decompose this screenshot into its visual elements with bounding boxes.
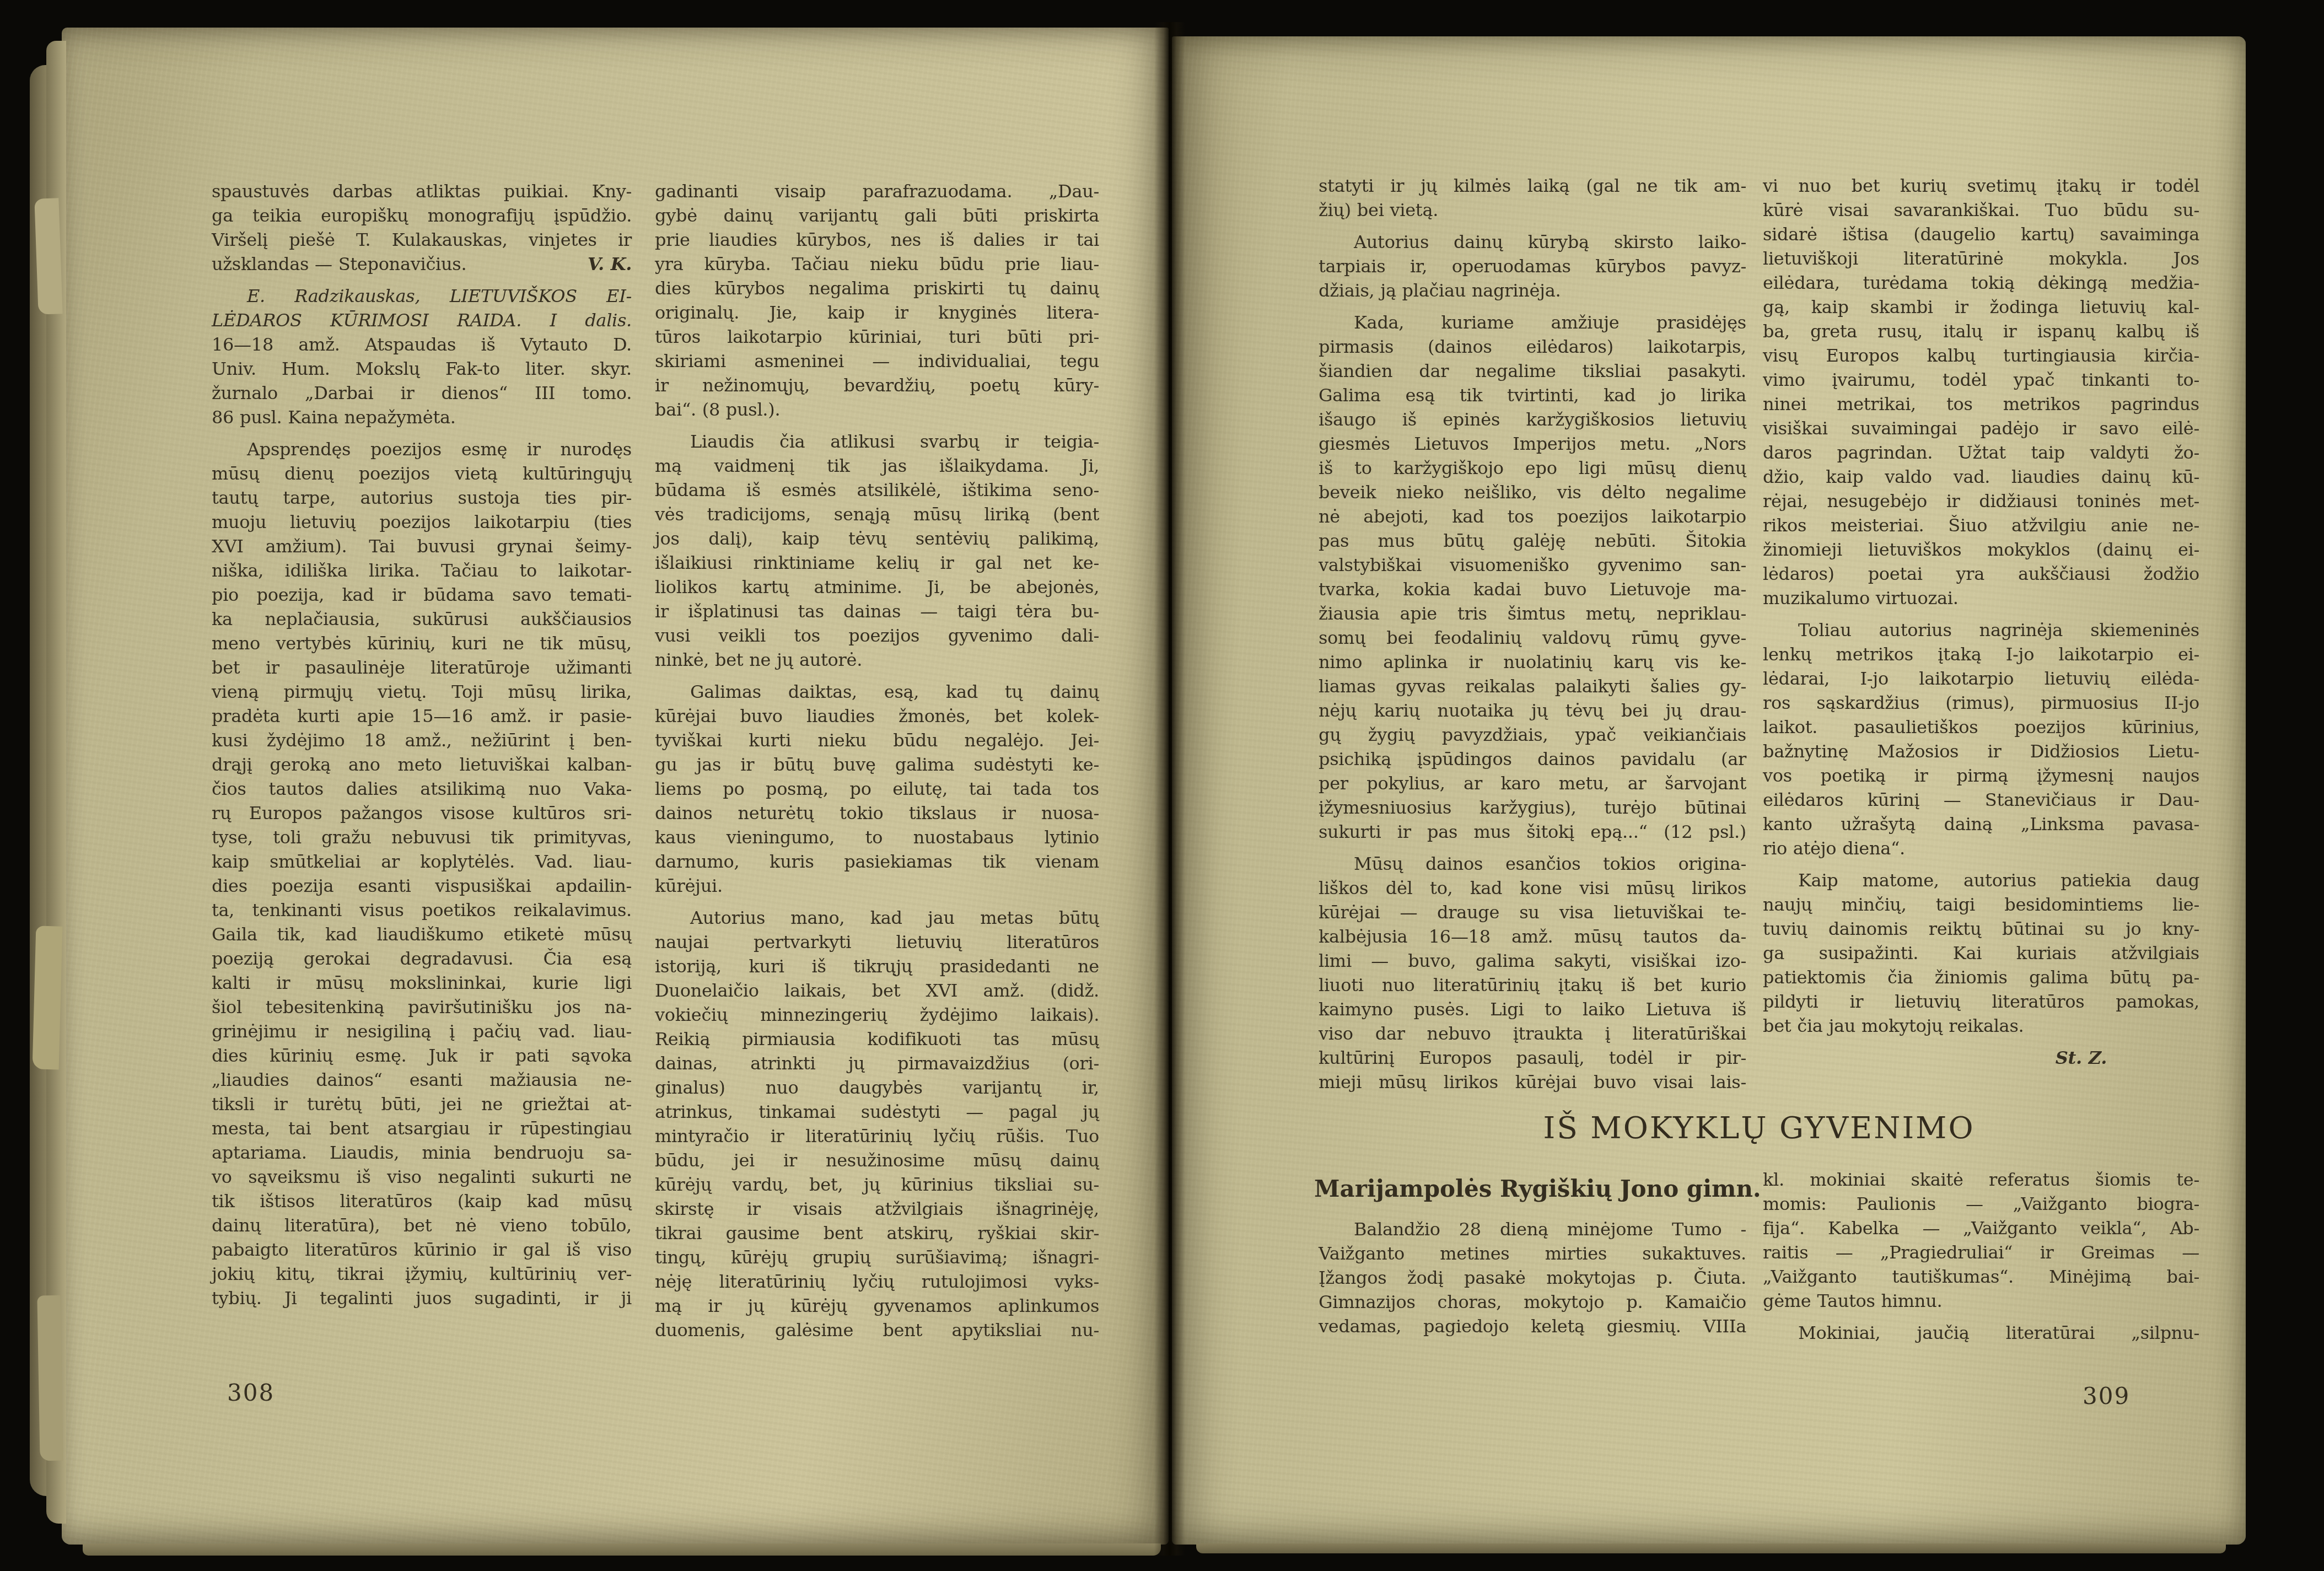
text-line: raitis — „Pragiedruliai“ ir Greimas — xyxy=(1763,1240,2199,1265)
text-line: šiol tebesitenkiną paviršutinišku jos na… xyxy=(212,995,632,1019)
text-line: grinėjimu ir nesigiliną į pačių vad. lia… xyxy=(212,1019,632,1043)
text-line: čios tautos dalies atsilikimą nuo Vaka- xyxy=(212,777,632,801)
text-line: Galimas daiktas, esą, kad tų dainų xyxy=(655,680,1099,704)
text-line: pildyti ir lietuvių literatūros pamokas, xyxy=(1763,989,2199,1014)
text-line: Apsprendęs poezijos esmę ir nurodęs xyxy=(212,437,632,461)
text-line: sukurti ir pas mus šitokį epą...“ (12 ps… xyxy=(1319,820,1746,844)
text-line: laikot. pasaulietiškos poezijos kūrinius… xyxy=(1763,715,2199,739)
text-line: šiandien dar negalime tiksliai pasakyti. xyxy=(1319,359,1746,383)
paragraph: E. Radzikauskas, LIETUVIŠKOS EI-LĖDAROS … xyxy=(212,284,632,429)
text-line: duomenis, galėsime bent apytiksliai nu- xyxy=(655,1318,1099,1342)
text-line: dies kūrybos negalima priskirti tų dainų xyxy=(655,276,1099,300)
page-edge-torn xyxy=(33,926,63,1069)
text-line: originalų. Jie, kaip ir knyginės litera- xyxy=(655,300,1099,325)
text-line: išaugo iš epinės karžygiškosios lietuvių xyxy=(1319,407,1746,432)
text-line: įžymesniuosius karžygius), turėjo būtina… xyxy=(1319,795,1746,820)
text-line: statyti ir jų kilmės laiką (gal ne tik a… xyxy=(1319,174,1746,198)
text-line: Reikią pirmiausia kodifikuoti tas mūsų xyxy=(655,1027,1099,1051)
text-line: tikrai gausime bent atskirų, ryškiai ski… xyxy=(655,1221,1099,1245)
text-line: gybė dainų varijantų gali būti priskirta xyxy=(655,203,1099,228)
text-line: vės tradicijoms, senąją mūsų liriką (ben… xyxy=(655,502,1099,526)
text-line: somų bei feodalinių valdovų rūmų gyve- xyxy=(1319,626,1746,650)
paragraph: spaustuvės darbas atliktas puikiai. Kny-… xyxy=(212,179,632,276)
text-line: gą, kaip skambi ir žodinga lietuvių kal- xyxy=(1763,295,2199,319)
text-line: patiektomis čia žiniomis galima būtų pa- xyxy=(1763,965,2199,989)
section-heading: IŠ MOKYKLŲ GYVENIMO xyxy=(1319,1110,2199,1145)
text-line: darnumo, kuris pasiekiamas tik vienam xyxy=(655,849,1099,874)
text-line: Kaip matome, autorius patiekia daug xyxy=(1763,868,2199,892)
page-number-right: 309 xyxy=(2083,1382,2130,1409)
article-signature: V. K. xyxy=(588,252,632,276)
text-line: Kada, kuriame amžiuje prasidėjęs xyxy=(1319,310,1746,335)
text-line: nėję literatūrinių lyčių rutulojimosi vy… xyxy=(655,1269,1099,1294)
text-line: džiais, ją plačiau nagrinėja. xyxy=(1319,278,1746,303)
page-edge-torn xyxy=(37,1295,63,1461)
text-line: dainos neturėtų tokio tikslaus ir nuosa- xyxy=(655,801,1099,825)
text-line: vusi veikli tos poezijos gyvenimo dali- xyxy=(655,623,1099,648)
text-line: tarpiais ir, operuodamas kūrybos pavyz- xyxy=(1319,254,1746,278)
text-line: aptariama. Liaudis, minia bendruoju sa- xyxy=(212,1140,632,1165)
page-edge-bottom xyxy=(83,1543,1161,1556)
text-line: vos poetiką ir pirmą įžymesnį naujos xyxy=(1763,763,2199,788)
section-column-right: kl. mokiniai skaitė referatus šiomis te-… xyxy=(1763,1168,2199,1353)
paragraph: Balandžio 28 dieną minėjome Tumo -Vaižga… xyxy=(1319,1217,1746,1338)
text-line: Galima esą tik tvirtinti, kad jo lirika xyxy=(1319,383,1746,407)
text-line: beveik nieko neišliko, vis dėlto negalim… xyxy=(1319,480,1746,504)
text-line: jokių kitų, tikrai įžymių, kultūrinių ve… xyxy=(212,1262,632,1286)
left-page-column-1: spaustuvės darbas atliktas puikiai. Kny-… xyxy=(212,179,632,1318)
text-line: dies kūrinių esmę. Juk ir pati sąvoka xyxy=(212,1043,632,1068)
text-line: vimo įvairumu, todėl ypač tinkanti to- xyxy=(1763,368,2199,392)
paragraph: kl. mokiniai skaitė referatus šiomis te-… xyxy=(1763,1168,2199,1313)
text-line: Mūsų dainos esančios tokios origina- xyxy=(1319,852,1746,876)
text-line: naujai pertvarkyti lietuvių literatūros xyxy=(655,930,1099,954)
text-line: vedamas, pagiedojo keletą giesmių. VIIIa xyxy=(1319,1314,1746,1338)
text-line: pradėta kurti apie 15—16 amž. ir pasie- xyxy=(212,704,632,728)
text-line: kūrėjai — drauge su visa lietuviškai te- xyxy=(1319,900,1746,924)
text-line: pio poezija, kad ir būdama savo temati- xyxy=(212,583,632,607)
paragraph: Autorius dainų kūrybą skirsto laiko-tarp… xyxy=(1319,230,1746,303)
text-line: muoju lietuvių poezijos laikotarpiu (tie… xyxy=(212,510,632,534)
text-line: vokiečių minnezingerių žydėjimo laikais)… xyxy=(655,1003,1099,1027)
text-line: kaip smūtkeliai ar koplytėlės. Vad. liau… xyxy=(212,849,632,874)
text-line: naujų minčių, taigi besidomintiems lie- xyxy=(1763,892,2199,917)
text-line: rikos meisteriai. Šiuo atžvilgiu anie ne… xyxy=(1763,513,2199,537)
paragraph: Kaip matome, autorius patiekia daugnaujų… xyxy=(1763,868,2199,1038)
text-line: tvarka, kokia kadai buvo Lietuvoje ma- xyxy=(1319,577,1746,601)
paragraph: Mokiniai, jaučią literatūrai „silpnu- xyxy=(1763,1321,2199,1345)
right-page-column-1: statyti ir jų kilmės laiką (gal ne tik a… xyxy=(1319,174,1746,1102)
text-line: liolikos kartų atminime. Ji, be abejonės… xyxy=(655,575,1099,599)
paragraph: Toliau autorius nagrinėja skiemeninėslen… xyxy=(1763,618,2199,860)
text-line: tūros laikotarpio kūriniai, turi būti pr… xyxy=(655,325,1099,349)
text-line: mą ir jų kūrėjų gyvenamos aplinkumos xyxy=(655,1294,1099,1318)
text-line: nė abejoti, kad tos poezijos laikotarpio xyxy=(1319,504,1746,529)
text-line: Duonelaičio laikais, bet XVI amž. (didž. xyxy=(655,978,1099,1003)
text-line: viso dar nebuvo įtraukta į literatūriška… xyxy=(1319,1021,1746,1046)
paragraph: Liaudis čia atlikusi svarbų ir teigia-mą… xyxy=(655,429,1099,672)
text-line: bet ir pasaulinėje literatūroje užimanti xyxy=(212,655,632,680)
text-line: rėjai, nesugebėjo ir didžiausi toninės m… xyxy=(1763,489,2199,513)
text-line: būdu, jei ir nesužinosime mūsų dainų xyxy=(655,1148,1099,1172)
text-line: tyse, toli gražu nebuvusi tik primityvas… xyxy=(212,825,632,849)
text-line: ros sąskardžius (rimus), pirmuosius II-j… xyxy=(1763,691,2199,715)
text-line: gų žygių pavyzdžiais, ypač veikiančiais xyxy=(1319,723,1746,747)
text-line: Toliau autorius nagrinėja skiemeninės xyxy=(1763,618,2199,642)
text-line: LĖDAROS KŪRIMOSI RAIDA. I dalis. xyxy=(212,308,632,332)
text-line: ba, greta rusų, italų ir ispanų kalbų iš xyxy=(1763,319,2199,343)
text-line: Mokiniai, jaučią literatūrai „silpnu- xyxy=(1763,1321,2199,1345)
text-line: lėdarai, I-jo laikotarpio lietuvių eilėd… xyxy=(1763,666,2199,691)
text-line: rio atėjo diena“. xyxy=(1763,836,2199,860)
text-line: bet čia jau mokytojų reikalas. xyxy=(1763,1014,2199,1038)
paragraph: Autorius mano, kad jau metas būtųnaujai … xyxy=(655,906,1099,1342)
text-line: gėme Tautos himnu. xyxy=(1763,1289,2199,1313)
left-page: spaustuvės darbas atliktas puikiai. Kny-… xyxy=(62,28,1169,1545)
text-line: spaustuvės darbas atliktas puikiai. Kny- xyxy=(212,179,632,203)
text-line: momis: Paulionis — „Vaižganto biogra- xyxy=(1763,1192,2199,1216)
text-line: 16—18 amž. Atspaudas iš Vytauto D. xyxy=(212,332,632,357)
text-line: kalbėjusia 16—18 amž. mūsų tautos da- xyxy=(1319,924,1746,949)
text-line: Autorius dainų kūrybą skirsto laiko- xyxy=(1319,230,1746,254)
text-line: tingų, kūrėjų grupių surūšiavimą; išnagr… xyxy=(655,1245,1099,1269)
text-line: ga teikia europiškų monografijų įspūdžio… xyxy=(212,203,632,228)
text-line: rų Europos pažangos visose kultūros sri- xyxy=(212,801,632,825)
text-line: poeziją gerokai degradavusi. Čia esą xyxy=(212,946,632,971)
paragraph: Kada, kuriame amžiuje prasidėjęspirmasis… xyxy=(1319,310,1746,844)
text-line: mą vaidmenį tik jas išlaikydama. Ji, xyxy=(655,454,1099,478)
text-line: tybių. Ji tegalinti juos sugadinti, ir j… xyxy=(212,1286,632,1310)
text-line: žiausia apie tris šimtus metų, nepriklau… xyxy=(1319,601,1746,626)
text-line: dainas, atrinkti jų pirmavaizdžius (ori- xyxy=(655,1051,1099,1075)
text-line: žurnalo „Darbai ir dienos“ III tomo. xyxy=(212,381,632,405)
text-line: kanto užrašytą dainą „Linksma pavasa- xyxy=(1763,812,2199,836)
text-line: ginalus) nuo daugybės varijantų ir, xyxy=(655,1075,1099,1100)
paragraph: statyti ir jų kilmės laiką (gal ne tik a… xyxy=(1319,174,1746,222)
text-line: bai“. (8 pusl.). xyxy=(655,397,1099,422)
text-line: yra kūryba. Tačiau nieku būdu prie liau- xyxy=(655,252,1099,276)
text-line: nimo aplinka ir nuolatinių karų vis ke- xyxy=(1319,650,1746,674)
text-line: niška, idiliška lirika. Tačiau to laikot… xyxy=(212,558,632,583)
text-line: džio, kaip valdo vad. liaudies dainų kū- xyxy=(1763,465,2199,489)
right-page: statyti ir jų kilmės laiką (gal ne tik a… xyxy=(1172,36,2246,1545)
text-line: ninei metrikai, tos metrikos pagrindus xyxy=(1763,392,2199,416)
paragraph: vi nuo bet kurių svetimų įtakų ir todėlk… xyxy=(1763,174,2199,610)
text-line: mesta, tai bent atsargiau ir rūpestingia… xyxy=(212,1116,632,1140)
text-line: liškos dėl to, kad kone visi mūsų liriko… xyxy=(1319,876,1746,900)
text-line: mieji mūsų lirikos kūrėjai buvo visai la… xyxy=(1319,1070,1746,1094)
text-line: drąjį geroką ano meto lietuviškai kalban… xyxy=(212,752,632,777)
text-line: išlaikiusi rinktiniame kelių ir gal net … xyxy=(655,551,1099,575)
text-line: tautų tarpe, autorius sustoja ties pir- xyxy=(212,486,632,510)
text-line: ta, tenkinanti visus poetikos reikalavim… xyxy=(212,898,632,922)
text-line: Balandžio 28 dieną minėjome Tumo - xyxy=(1319,1217,1746,1241)
left-page-column-2: gadinanti visaip parafrazuodama. „Dau-gy… xyxy=(655,179,1099,1350)
line-text: užsklandas — Steponavičius. xyxy=(212,252,466,276)
text-line: Liaudis čia atlikusi svarbų ir teigia- xyxy=(655,429,1099,454)
text-line: Univ. Hum. Mokslų Fak-to liter. skyr. xyxy=(212,357,632,381)
scanned-book-spread: spaustuvės darbas atliktas puikiai. Kny-… xyxy=(0,0,2324,1571)
text-line: atrinkus, tinkamai sudėstyti — pagal jų xyxy=(655,1100,1099,1124)
text-line: valstybiškai visuomeniško gyvenimo san- xyxy=(1319,553,1746,577)
text-line: kaus vieningumo, to nuostabaus lytinio xyxy=(655,825,1099,849)
text-line: limi — buvo, galima sakyti, visiškai izo… xyxy=(1319,949,1746,973)
text-line: Įžangos žodį pasakė mokytojas p. Čiuta. xyxy=(1319,1266,1746,1290)
text-line: jos dalį), kaip tėvų sentėvių palikimą, xyxy=(655,526,1099,551)
text-line: liems po posmą, po eilutę, tai tada tos xyxy=(655,777,1099,801)
text-line: pas mus būtų galėję nebūti. Šitokia xyxy=(1319,529,1746,553)
text-line: dainų literatūra), bet nė vieno tobūlo, xyxy=(212,1213,632,1238)
text-line: „liaudies dainos“ esanti mažiausia ne- xyxy=(212,1068,632,1092)
text-line: kūrėjui. xyxy=(655,874,1099,898)
text-line: prie liaudies kūrybos, nes iš dalies ir … xyxy=(655,228,1099,252)
text-line: Gimnazijos choras, mokytojo p. Kamaičio xyxy=(1319,1290,1746,1314)
paragraph: Apsprendęs poezijos esmę ir nurodęsmūsų … xyxy=(212,437,632,1310)
school-heading: Marijampolės Rygiškių Jono gimn. xyxy=(1314,1175,1751,1202)
text-line: žių) bei vietą. xyxy=(1319,198,1746,222)
text-line: kl. mokiniai skaitė referatus šiomis te- xyxy=(1763,1168,2199,1192)
text-line: tiksli ir turėtų būti, jei ne griežtai a… xyxy=(212,1092,632,1116)
paragraph: Galimas daiktas, esą, kad tų dainųkūrėja… xyxy=(655,680,1099,898)
text-line: visų Europos kalbų turtingiausia kirčia- xyxy=(1763,343,2199,368)
text-line: liamas gyvas reikalas palaikyti šalies g… xyxy=(1319,674,1746,698)
text-line: skiriami asmeninei — individualiai, tegu xyxy=(655,349,1099,373)
text-line: skirstę ir visais atžvilgiais išnagrinėj… xyxy=(655,1197,1099,1221)
text-line: mūsų dienų poezijos vietą kultūringųjų xyxy=(212,461,632,486)
text-line: lėdaros) poetai yra aukščiausi žodžio xyxy=(1763,562,2199,586)
text-line: ga susipažinti. Kai kuriais atžvilgiais xyxy=(1763,941,2199,965)
text-line: pabaigto literatūros kūrinio ir gal iš v… xyxy=(212,1238,632,1262)
text-line: gu jas ir būtų buvę galima sudėstyti ke- xyxy=(655,752,1099,777)
text-line: muzikalumo virtuozai. xyxy=(1763,586,2199,610)
text-line: daros pagrindan. Užtat taip valdyti žo- xyxy=(1763,440,2199,465)
page-edge-bottom xyxy=(1196,1543,2226,1553)
text-line: giesmės Lietuvos Imperijos metu. „Nors xyxy=(1319,432,1746,456)
text-line: iš to karžygiškojo epo ligi mūsų dienų xyxy=(1319,456,1746,480)
text-line: kusi žydėjimo 18 amž., nežiūrint į ben- xyxy=(212,728,632,752)
text-line: būdama iš esmės atsilikėlė, ištikima sen… xyxy=(655,478,1099,502)
text-line: kalti ir mūsų mokslininkai, kurie ligi xyxy=(212,971,632,995)
text-line: lietuviškoji literatūrinė mokykla. Jos xyxy=(1763,246,2199,271)
book-gutter-shadow xyxy=(1154,22,1185,1556)
text-line: Vaižganto metines mirties sukaktuves. xyxy=(1319,1241,1746,1266)
text-line: vo sąveiksmu iš viso negalinti sukurti n… xyxy=(212,1165,632,1189)
page-number-left: 308 xyxy=(227,1379,275,1406)
text-line: eilėdara, turėdama tokią dėkingą medžia- xyxy=(1763,271,2199,295)
paragraph: Mūsų dainos esančios tokios origina-lišk… xyxy=(1319,852,1746,1094)
text-line: tuvių dainomis reiktų būtinai su jo kny- xyxy=(1763,917,2199,941)
text-line: bažnytinę Mažosios ir Didžiosios Lietu- xyxy=(1763,739,2199,763)
paragraph: gadinanti visaip parafrazuodama. „Dau-gy… xyxy=(655,179,1099,422)
text-line: kūrė visai savarankiškai. Tuo būdu su- xyxy=(1763,198,2199,222)
text-line: E. Radzikauskas, LIETUVIŠKOS EI- xyxy=(212,284,632,308)
text-line: „Vaižganto tautiškumas“. Minėjimą bai- xyxy=(1763,1265,2199,1289)
text-line: istoriją, kuri iš tikrųjų prasidedanti n… xyxy=(655,954,1099,978)
text-line: XVI amžium). Tai buvusi grynai šeimy- xyxy=(212,534,632,558)
article-signature: St. Z. xyxy=(1763,1046,2199,1070)
text-line: visiškai suvaimingai padėjo ir savo eilė… xyxy=(1763,416,2199,440)
text-line: lenkų metrikos įtaką I-jo laikotarpio ei… xyxy=(1763,642,2199,666)
text-line: kūrėjai buvo liaudies žmonės, bet kolek- xyxy=(655,704,1099,728)
text-line: 86 pusl. Kaina nepažymėta. xyxy=(212,405,632,429)
text-line: ninkė, bet ne jų autorė. xyxy=(655,648,1099,672)
text-line: psichiką įspūdingos dainos pavidalu (ar xyxy=(1319,747,1746,771)
text-line: užsklandas — Steponavičius.V. K. xyxy=(212,252,632,276)
text-line: Gaila tik, kad liaudiškumo etiketė mūsų xyxy=(212,922,632,946)
text-line: vieną pirmųjų vietų. Toji mūsų lirika, xyxy=(212,680,632,704)
text-line: žinomieji lietuviškos mokyklos (dainų ei… xyxy=(1763,537,2199,562)
text-line: ir nežinomųjų, bevardžių, poetų kūry- xyxy=(655,373,1099,397)
text-line: tik ištisos literatūros (kaip kad mūsų xyxy=(212,1189,632,1213)
text-line: Autorius mano, kad jau metas būtų xyxy=(655,906,1099,930)
text-line: dies poezija esanti vispusiškai apdailin… xyxy=(212,874,632,898)
text-line: kultūrinį Europos pasaulį, todėl ir pir- xyxy=(1319,1046,1746,1070)
text-line: kūrėjų vardų, bet, jų kūrinius tiksliai … xyxy=(655,1172,1099,1197)
text-line: pirmasis (dainos eilėdaros) laikotarpis, xyxy=(1319,335,1746,359)
text-line: per pokylius, ar karo metu, ar šarvojant xyxy=(1319,771,1746,795)
text-line: eilėdaros kūrinį — Stanevičiaus ir Dau- xyxy=(1763,788,2199,812)
text-line: ir išplatinusi tas dainas — taigi tėra b… xyxy=(655,599,1099,623)
text-line: Viršelį piešė T. Kulakauskas, vinjetes i… xyxy=(212,228,632,252)
text-line: fija“. Kabelka — „Vaižganto veikla“, Ab- xyxy=(1763,1216,2199,1240)
text-line: vi nuo bet kurių svetimų įtakų ir todėl xyxy=(1763,174,2199,198)
text-line: liuoti nuo literatūrinių įtakų iš bet ku… xyxy=(1319,973,1746,997)
section-column-left: Balandžio 28 dieną minėjome Tumo -Vaižga… xyxy=(1319,1217,1746,1346)
text-line: sidarė ištisa (daugelio kartų) savaiming… xyxy=(1763,222,2199,246)
page-edge-torn xyxy=(34,198,62,314)
text-line: kaimyno pusės. Ligi to laiko Lietuva iš xyxy=(1319,997,1746,1021)
text-line: ka neplačiausia, sukūrusi aukščiausios xyxy=(212,607,632,631)
text-line: mintyračio ir literatūrinių lyčių rūšis.… xyxy=(655,1124,1099,1148)
text-line: meno vertybės kūrinių, kuri ne tik mūsų, xyxy=(212,631,632,655)
text-line: nėjų karių nuotaika jų tėvų bei jų drau- xyxy=(1319,698,1746,723)
right-page-column-2: vi nuo bet kurių svetimų įtakų ir todėlk… xyxy=(1763,174,2199,1070)
text-line: gadinanti visaip parafrazuodama. „Dau- xyxy=(655,179,1099,203)
text-line: tyviškai kurti nieku būdu negalėjo. Jei- xyxy=(655,728,1099,752)
